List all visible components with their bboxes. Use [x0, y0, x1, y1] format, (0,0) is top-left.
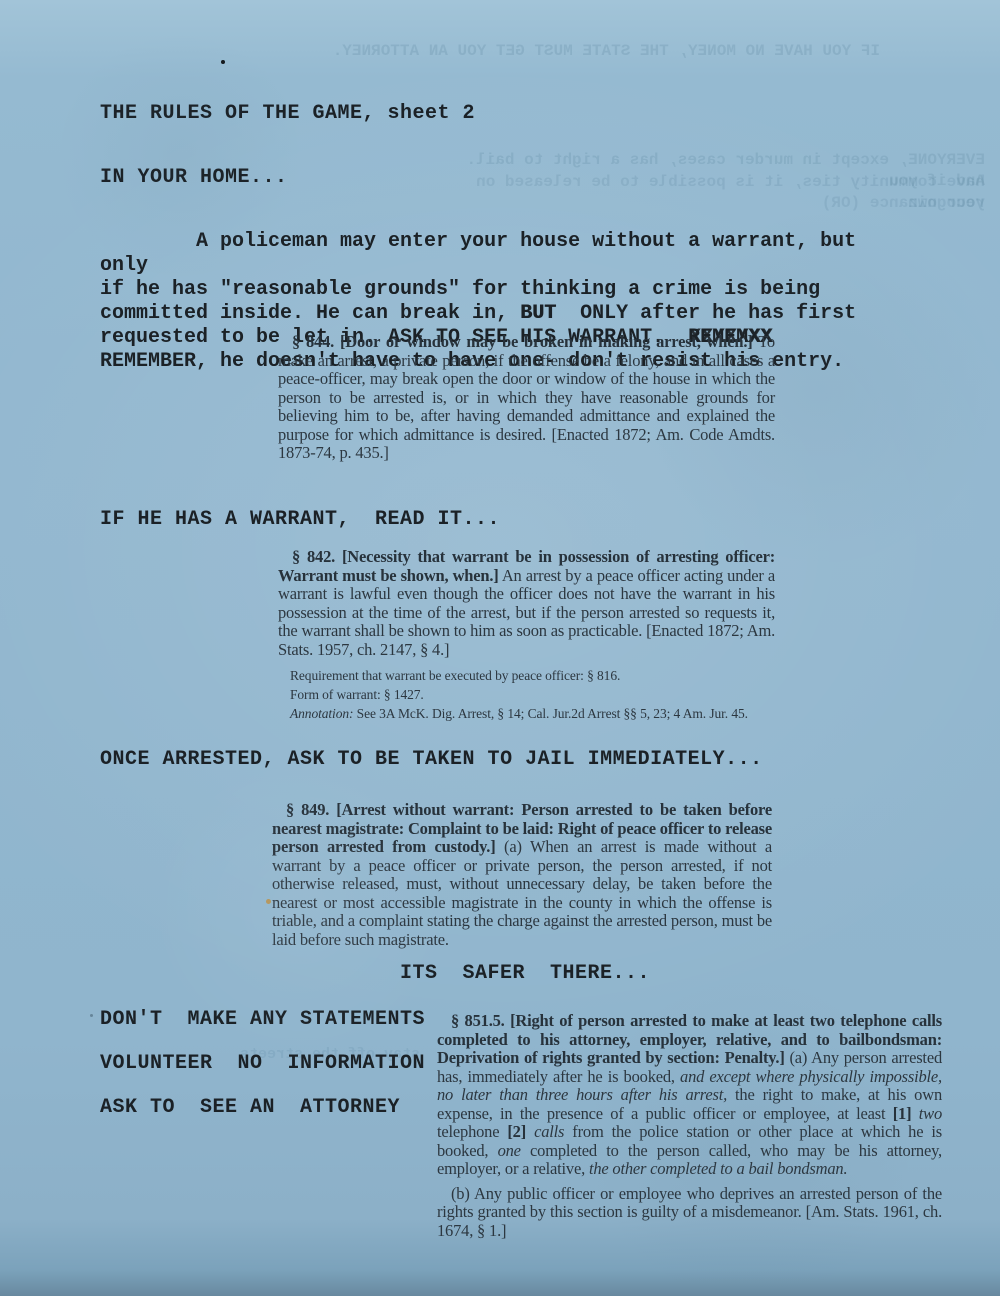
statute-842-annotation: Annotation: See 3A McK. Dig. Arrest, § 1…: [278, 706, 775, 723]
statute-842-note-1: Requirement that warrant be executed by …: [278, 668, 775, 685]
advice-line-no-statements: DON'T MAKE ANY STATEMENTS: [100, 1008, 425, 1031]
statute-851-a-10: the other completed to a bail bondsman.: [589, 1159, 847, 1178]
statute-851-paragraph-b: (b) Any public officer or employee who d…: [437, 1185, 942, 1241]
statute-849-clipping: § 849. [Arrest without warrant: Person a…: [272, 801, 772, 949]
statute-851-a-5b: [2]: [507, 1122, 526, 1141]
home-paragraph-emphasis: BUT: [520, 302, 556, 325]
statute-844-clipping: § 844. [Door or window may be broken in …: [278, 333, 775, 463]
statute-851-a-4: two: [911, 1104, 942, 1123]
section-heading-in-your-home: IN YOUR HOME...: [100, 166, 288, 189]
section-heading-its-safer: ITS SAFER THERE...: [400, 962, 650, 985]
statute-842-clipping: § 842. [Necessity that warrant be in pos…: [278, 548, 775, 659]
statute-842-note-2: Form of warrant: § 1427.: [278, 687, 775, 704]
statute-851-a-8: one: [498, 1141, 521, 1160]
annotation-label: Annotation:: [290, 706, 353, 721]
ink-speck: [221, 60, 225, 64]
page-title: THE RULES OF THE GAME, sheet 2: [100, 102, 475, 125]
statute-844-body: To make an arrest, a private person, if …: [278, 332, 775, 462]
statute-851-paragraph-a: § 851.5. [Right of person arrested to ma…: [437, 1012, 942, 1179]
bleedthrough-top-line: IF YOU HAVE NO MONEY, THE STATE MUST GET…: [140, 42, 880, 60]
statute-844-catchline: § 844. [Door or window may be broken in …: [292, 332, 753, 351]
bleedthrough-line-1: EVERYONE, except in murder cases, has a …: [455, 150, 985, 192]
paper-speck: [90, 1014, 93, 1017]
statute-851-a-3b: [1]: [893, 1104, 912, 1123]
section-heading-warrant: IF HE HAS A WARRANT, READ IT...: [100, 508, 500, 531]
statute-851-a-6: calls: [526, 1122, 564, 1141]
margin-dot: [266, 899, 271, 904]
section-heading-once-arrested: ONCE ARRESTED, ASK TO BE TAKEN TO JAIL I…: [100, 748, 763, 771]
advice-line-no-information: VOLUNTEER NO INFORMATION: [100, 1052, 425, 1075]
advice-line-see-attorney: ASK TO SEE AN ATTORNEY: [100, 1096, 400, 1119]
scanned-document-page: IF YOU HAVE NO MONEY, THE STATE MUST GET…: [0, 0, 1000, 1296]
annotation-text: See 3A McK. Dig. Arrest, § 14; Cal. Jur.…: [353, 706, 748, 721]
statute-851-clipping: § 851.5. [Right of person arrested to ma…: [437, 1012, 942, 1240]
statute-851-a-5: telephone: [437, 1122, 507, 1141]
